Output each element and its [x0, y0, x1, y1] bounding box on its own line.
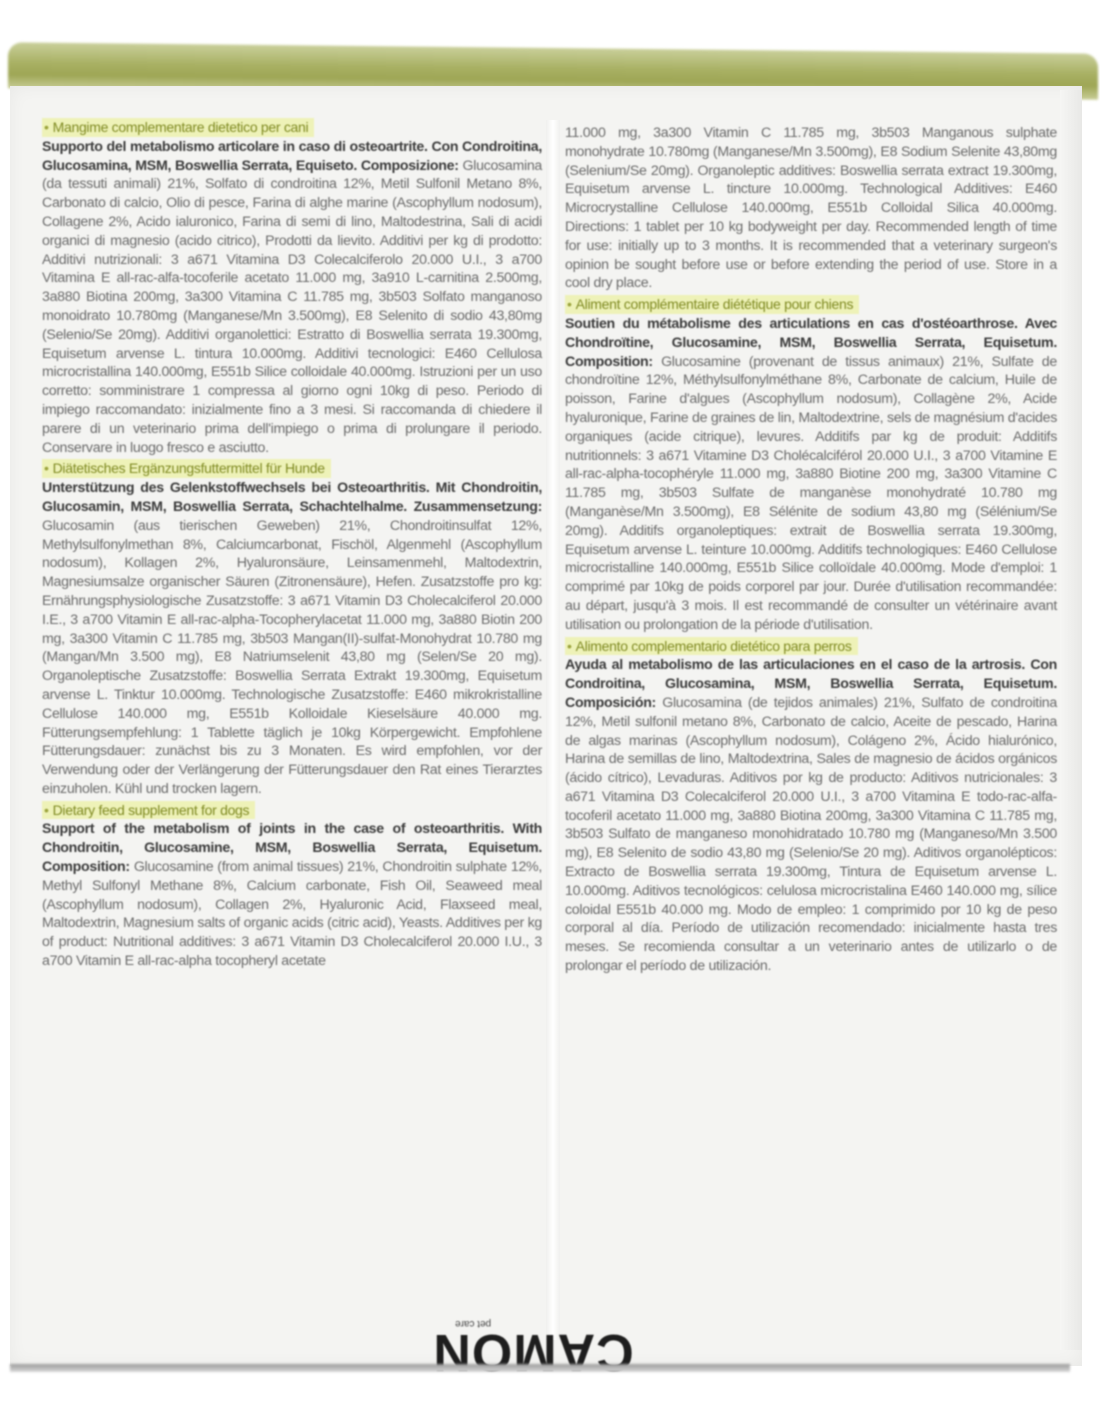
- bullet-icon: •: [567, 296, 572, 312]
- section-body: Glucosamina (da tessuti animali) 21%, So…: [42, 158, 542, 456]
- section-heading: •Dietary feed supplement for dogs: [42, 801, 255, 820]
- section-heading: •Mangime complementare dietetico per can…: [42, 118, 314, 137]
- section-french: •Aliment complémentaire diététique pour …: [565, 295, 1057, 634]
- section-spanish: •Alimento complementario dietético para …: [565, 637, 1057, 976]
- bullet-icon: •: [44, 802, 49, 818]
- section-heading: •Aliment complémentaire diététique pour …: [565, 295, 859, 314]
- right-text-column: 11.000 mg, 3a300 Vitamin C 11.785 mg, 3b…: [565, 124, 1057, 978]
- bullet-icon: •: [567, 638, 572, 654]
- section-heading: •Alimento complementario dietético para …: [565, 637, 858, 656]
- section-german: •Diätetisches Ergänzungsfuttermittel für…: [42, 459, 542, 798]
- box-bottom-edge: [10, 1364, 1070, 1372]
- section-heading: •Diätetisches Ergänzungsfuttermittel für…: [42, 459, 331, 478]
- bullet-icon: •: [44, 460, 49, 476]
- section-lead: Unterstützung des Gelenkstoffwechsels be…: [42, 480, 542, 515]
- column-divider: [546, 120, 560, 1340]
- box-side-edge: [1060, 90, 1082, 1350]
- left-text-column: •Mangime complementare dietetico per can…: [42, 118, 542, 973]
- bullet-icon: •: [44, 119, 49, 135]
- section-body: Glucosamina (de tejidos animales) 21%, S…: [565, 695, 1057, 974]
- section-body: Glucosamine (provenant de tissus animaux…: [565, 354, 1057, 633]
- section-body: 11.000 mg, 3a300 Vitamin C 11.785 mg, 3b…: [565, 125, 1057, 291]
- section-body: Glucosamin (aus tierischen Geweben) 21%,…: [42, 518, 542, 797]
- section-english: •Dietary feed supplement for dogs Suppor…: [42, 801, 542, 971]
- section-italian: •Mangime complementare dietetico per can…: [42, 118, 542, 457]
- section-body: Glucosamine (from animal tissues) 21%, C…: [42, 859, 542, 969]
- section-english-continued: 11.000 mg, 3a300 Vitamin C 11.785 mg, 3b…: [565, 124, 1057, 293]
